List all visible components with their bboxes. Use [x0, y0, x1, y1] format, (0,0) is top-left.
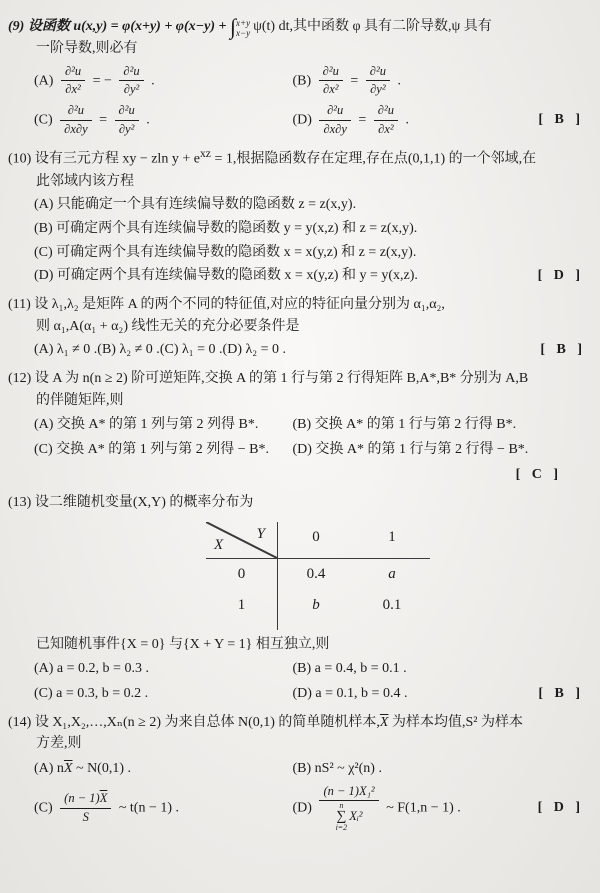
table-rule-extension [354, 622, 430, 630]
q9-stem-formula: (9) 设函数 u(x,y) = φ(x+y) + φ(x−y) + [8, 19, 230, 34]
q9-option-c: (C) ∂²u∂x∂y = ∂²u∂y² . [34, 102, 293, 138]
q10-stem-line1: (10) 设有三元方程 xy − zln y + exz = 1,根据隐函数存在… [6, 145, 592, 170]
q9-integral-upper: x+y [236, 18, 250, 28]
table-cell: a [354, 559, 430, 590]
q14-stem-text2: 为样本均值,S² 为样本 [388, 715, 522, 730]
question-11: (11) 设 λ₁,λ₂ 是矩阵 A 的两个不同的特征值,对应的特征向量分别为 … [6, 294, 592, 361]
option-label: (C) [34, 112, 53, 127]
q12-stem-line2: 的伴随矩阵,则 [6, 390, 592, 412]
q10-option-c: (C) 可确定两个具有连续偏导数的隐函数 x = x(y,z) 和 z = z(… [6, 242, 592, 264]
q10-stem-text2: = 1,根据隐函数存在定理,存在点(0,1,1) 的一个邻域,在 [211, 152, 536, 167]
table-row-label: 0 [206, 559, 278, 590]
option-label: (A) [34, 73, 53, 88]
q13-stem-line2: 已知随机事件{X = 0} 与{X + Y = 1} 相互独立,则 [6, 634, 592, 656]
q14-answer-badge: [ D ] [538, 797, 584, 819]
q12-option-a: (A) 交换 A* 的第 1 列与第 2 列得 B*. [34, 414, 293, 436]
q13-options-row-ab: (A) a = 0.2, b = 0.3 . (B) a = 0.4, b = … [6, 658, 592, 680]
q10-exponent: xz [200, 147, 211, 160]
q11-option-a: (A) λ₁ ≠ 0 . [34, 339, 97, 361]
q11-option-c: (C) λ₁ = 0 . [160, 339, 223, 361]
q13-option-d: (D) a = 0.1, b = 0.4 . [293, 683, 408, 705]
table-corner-y-label: Y [257, 523, 265, 546]
period: . [397, 73, 401, 88]
option-label: (B) [293, 73, 312, 88]
q14-option-a: (A) nX ~ N(0,1) . [34, 758, 293, 780]
fraction: (n − 1)XS [60, 791, 111, 825]
relation: = [358, 112, 366, 127]
period: . [405, 112, 409, 127]
exam-page: (9) 设函数 u(x,y) = φ(x+y) + φ(x−y) + ∫x+yx… [0, 0, 600, 893]
summation-icon: n∑i=2 [336, 802, 348, 832]
q12-option-b: (B) 交换 A* 的第 1 行与第 2 行得 B*. [293, 414, 585, 436]
question-12: (12) 设 A 为 n(n ≥ 2) 阶可逆矩阵,交换 A 的第 1 行与第 … [6, 368, 592, 485]
q12-answer-badge: [ C ] [516, 467, 562, 482]
q13-options-row-cd: (C) a = 0.3, b = 0.2 . (D) a = 0.1, b = … [6, 683, 592, 705]
option-text: (D) 可确定两个具有连续偏导数的隐函数 x = x(y,z) 和 y = y(… [34, 265, 418, 287]
q11-answer-badge: [ B ] [540, 339, 586, 361]
q10-stem-line2: 此邻域内该方程 [6, 171, 592, 193]
q14-option-c: (C) (n − 1)XS ~ t(n − 1) . [34, 790, 293, 826]
q9-options-row-ab: (A) ∂²u∂x² = − ∂²u∂y² . (B) ∂²u∂x² = ∂²u… [6, 63, 592, 99]
numerator-text: (n − 1) [64, 791, 100, 805]
table-cell: 0.1 [354, 590, 430, 621]
q9-stem-line1: (9) 设函数 u(x,y) = φ(x+y) + φ(x−y) + ∫x+yx… [6, 16, 592, 38]
q12-option-d: (D) 交换 A* 的第 1 行与第 2 行得 − B*. [293, 439, 585, 461]
q13-option-b: (B) a = 0.4, b = 0.1 . [293, 658, 585, 680]
table-rule-extension [206, 622, 278, 630]
option-text: ~ t(n − 1) . [119, 800, 179, 815]
table-cell: 0.4 [278, 559, 354, 590]
option-label: (C) [34, 800, 53, 815]
q13-probability-table: Y X 0 1 0 0.4 a 1 b 0.1 [206, 522, 592, 630]
table-corner-cell: Y X [206, 522, 278, 559]
q11-option-b: (B) λ₂ ≠ 0 . [97, 339, 160, 361]
table-col-header: 0 [278, 522, 354, 559]
option-text: ~ F(1,n − 1) . [386, 800, 461, 815]
q12-options-row-ab: (A) 交换 A* 的第 1 列与第 2 列得 B*. (B) 交换 A* 的第… [6, 414, 592, 436]
option-text: ~ N(0,1) . [73, 761, 132, 776]
q14-option-b: (B) nS² ~ χ²(n) . [293, 758, 585, 780]
table-row-label: 1 [206, 590, 278, 621]
q9-option-a: (A) ∂²u∂x² = − ∂²u∂y² . [34, 63, 293, 99]
fraction: ∂²u∂x² [319, 64, 343, 98]
option-text: (C) 可确定两个具有连续偏导数的隐函数 x = x(y,z) 和 z = z(… [34, 242, 416, 264]
relation: = [99, 112, 107, 127]
option-text: (A) 只能确定一个具有连续偏导数的隐函数 z = z(x,y). [34, 194, 356, 216]
q9-option-d: (D) ∂²u∂x∂y = ∂²u∂x² . [293, 102, 409, 138]
table-col-header: 1 [354, 522, 430, 559]
denominator-text: Xᵢ² [349, 809, 362, 823]
q14-stem-line1: (14) 设 X₁,X₂,…,Xₙ(n ≥ 2) 为来自总体 N(0,1) 的简… [6, 712, 592, 734]
q11-stem-line2: 则 α₁,A(α₁ + α₂) 线性无关的充分必要条件是 [6, 316, 592, 338]
q10-option-d: (D) 可确定两个具有连续偏导数的隐函数 x = x(y,z) 和 y = y(… [6, 265, 592, 287]
q10-option-b: (B) 可确定两个具有连续偏导数的隐函数 y = y(x,z) 和 z = z(… [6, 218, 592, 240]
q10-option-a: (A) 只能确定一个具有连续偏导数的隐函数 z = z(x,y). [6, 194, 592, 216]
q14-stem-line2: 方差,则 [6, 733, 592, 755]
period: . [151, 73, 155, 88]
q13-option-a: (A) a = 0.2, b = 0.3 . [34, 658, 293, 680]
q9-answer-badge: [ B ] [538, 109, 584, 131]
fraction: ∂²u∂y² [366, 64, 390, 98]
option-label: (D) [293, 800, 312, 815]
q12-option-c: (C) 交换 A* 的第 1 列与第 2 列得 − B*. [34, 439, 293, 461]
fraction: ∂²u∂x² [61, 64, 85, 98]
x-bar-symbol: X [100, 791, 108, 805]
relation: = [350, 73, 358, 88]
question-14: (14) 设 X₁,X₂,…,Xₙ(n ≥ 2) 为来自总体 N(0,1) 的简… [6, 712, 592, 834]
table-corner-x-label: X [214, 534, 223, 557]
question-9: (9) 设函数 u(x,y) = φ(x+y) + φ(x−y) + ∫x+yx… [6, 16, 592, 138]
option-text: (B) 可确定两个具有连续偏导数的隐函数 y = y(x,z) 和 z = z(… [34, 218, 417, 240]
q11-option-d: (D) λ₂ = 0 . [223, 339, 287, 361]
period: . [146, 112, 150, 127]
q10-stem-text: (10) 设有三元方程 xy − zln y + e [8, 152, 200, 167]
q12-stem-line1: (12) 设 A 为 n(n ≥ 2) 阶可逆矩阵,交换 A 的第 1 行与第 … [6, 368, 592, 390]
q11-stem-line1: (11) 设 λ₁,λ₂ 是矩阵 A 的两个不同的特征值,对应的特征向量分别为 … [6, 294, 592, 316]
option-text: (A) n [34, 761, 64, 776]
q10-answer-badge: [ D ] [538, 265, 584, 287]
q12-answer-line: [ C ] [6, 464, 592, 486]
fraction: ∂²u∂x∂y [60, 103, 91, 137]
q13-option-c: (C) a = 0.3, b = 0.2 . [34, 683, 293, 705]
x-bar-symbol: X [64, 761, 73, 776]
table-cell: b [278, 590, 354, 621]
q12-options-row-cd: (C) 交换 A* 的第 1 列与第 2 列得 − B*. (D) 交换 A* … [6, 439, 592, 461]
relation: = − [93, 73, 112, 88]
q9-integral: ∫x+yx−y [230, 16, 253, 38]
q9-option-b: (B) ∂²u∂x² = ∂²u∂y² . [293, 63, 585, 99]
q9-stem-line2: 一阶导数,则必有 [6, 38, 592, 60]
fraction: (n − 1)X₁²n∑i=2Xᵢ² [319, 784, 378, 833]
q9-integral-lower: x−y [236, 28, 250, 38]
fraction: ∂²u∂x∂y [319, 103, 350, 137]
q14-options-row-ab: (A) nX ~ N(0,1) . (B) nS² ~ χ²(n) . [6, 758, 592, 780]
option-label: (D) [293, 112, 312, 127]
q14-stem-text: (14) 设 X₁,X₂,…,Xₙ(n ≥ 2) 为来自总体 N(0,1) 的简… [8, 715, 380, 730]
table-rule-extension [278, 622, 354, 630]
q14-options-row-cd: (C) (n − 1)XS ~ t(n − 1) . (D) (n − 1)X₁… [6, 783, 592, 834]
fraction: ∂²u∂y² [119, 64, 143, 98]
q14-option-d: (D) (n − 1)X₁²n∑i=2Xᵢ² ~ F(1,n − 1) . [293, 783, 461, 834]
q13-answer-badge: [ B ] [538, 683, 584, 705]
question-10: (10) 设有三元方程 xy − zln y + exz = 1,根据隐函数存在… [6, 145, 592, 287]
question-13: (13) 设二维随机变量(X,Y) 的概率分布为 Y X 0 1 0 0.4 a… [6, 492, 592, 704]
fraction: ∂²u∂y² [115, 103, 139, 137]
q9-stem-text: ψ(t) dt,其中函数 φ 具有二阶导数,ψ 具有 [253, 19, 492, 34]
q11-options-row: (A) λ₁ ≠ 0 . (B) λ₂ ≠ 0 . (C) λ₁ = 0 . (… [6, 339, 592, 361]
q9-options-row-cd: (C) ∂²u∂x∂y = ∂²u∂y² . (D) ∂²u∂x∂y = ∂²u… [6, 102, 592, 138]
q13-stem-line1: (13) 设二维随机变量(X,Y) 的概率分布为 [6, 492, 592, 514]
fraction: ∂²u∂x² [374, 103, 398, 137]
